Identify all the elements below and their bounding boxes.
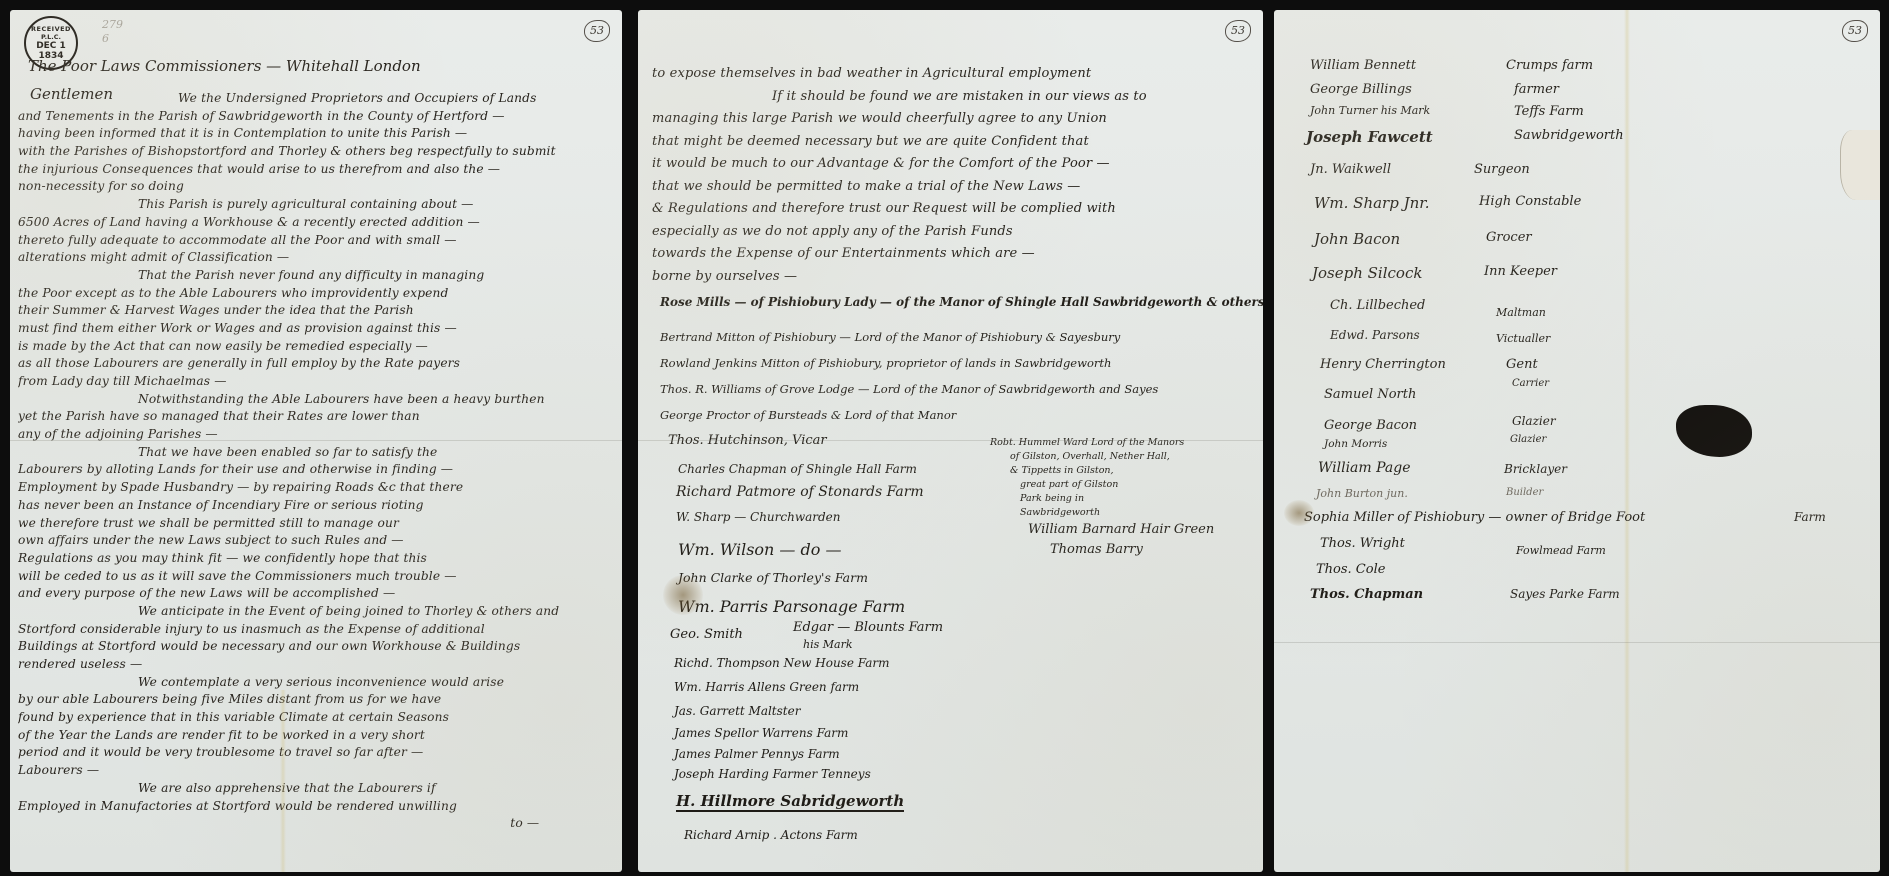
stamp-plc-text: P.L.C. [41,33,61,41]
body-line: any of the adjoining Parishes — [18,426,559,444]
body-line: Regulations as you may think fit — we co… [18,550,559,568]
signatory-occupation: Glazier [1512,414,1556,428]
letter-body-page-2: to expose themselves in bad weather in A… [652,62,1147,287]
body-line: That we have been enabled so far to sati… [18,444,559,462]
signatory-occupation: Bricklayer [1504,462,1567,476]
signatory-occupation: Victualler [1496,332,1550,345]
body-line: yet the Parish have so managed that thei… [18,408,559,426]
letter-page-2: 53 to expose themselves in bad weather i… [638,10,1263,872]
pencil-ref-bottom: 6 [102,32,123,46]
signatory-occupation: Farm [1794,510,1826,524]
body-line: non-necessity for so doing [18,178,559,196]
body-line: has never been an Instance of Incendiary… [18,497,559,515]
body-line: rendered useless — [18,656,559,674]
stamp-received-text: RECEIVED [31,25,71,33]
body-line: thereto fully adequate to accommodate al… [18,232,559,250]
body-line: alterations might admit of Classificatio… [18,249,559,267]
body-line: period and it would be very troublesome … [18,744,559,762]
signatory-name: Wm. Sharp Jnr. [1314,194,1430,212]
signatory-name: Thos. Wright [1320,536,1405,551]
body-line: by our able Labourers being five Miles d… [18,691,559,709]
signatory-name: William Page [1318,460,1411,476]
body-line: with the Parishes of Bishopstortford and… [18,143,559,161]
body-line: and every purpose of the new Laws will b… [18,585,559,603]
body-line: We anticipate in the Event of being join… [18,603,559,621]
signatory-occupation: Maltman [1496,306,1546,319]
signatory-occupation: Fowlmead Farm [1516,544,1606,557]
folio-number-badge: 53 [1842,20,1868,42]
body-line: the injurious Consequences that would ar… [18,161,559,179]
ink-stain [1284,500,1314,526]
body-line: Employment by Spade Husbandry — by repai… [18,479,559,497]
signatory-occupation: farmer [1514,82,1559,97]
body-line: borne by ourselves — [652,265,1147,288]
paper-fold [638,440,1263,441]
signatory-name: Joseph Silcock [1312,264,1422,282]
body-line: Employed in Manufactories at Stortford w… [18,798,559,816]
signatory-occupation: Inn Keeper [1484,264,1557,279]
letter-page-1: RECEIVED P.L.C. DEC 1 1834 279 6 53 The … [10,10,622,872]
body-line: Notwithstanding the Able Labourers have … [18,391,559,409]
paper-fold [280,690,286,872]
signatory-occupation: Glazier [1510,434,1546,445]
body-line: Labourers by alloting Lands for their us… [18,461,559,479]
signatory: Wm. Harris Allens Green farm [674,680,859,694]
signatory: Rowland Jenkins Mitton of Pishiobury, pr… [660,356,1111,370]
ward-note: Robt. Hummel Ward Lord of the Manors of … [990,436,1184,520]
signatory: Wm. Wilson — do — [678,540,841,559]
body-line: We contemplate a very serious inconvenie… [18,674,559,692]
signatory-occupation: Sawbridgeworth [1514,128,1624,143]
note-line: & Tippetts in Gilston, [990,464,1184,478]
body-line: and Tenements in the Parish of Sawbridge… [18,108,559,126]
signatory: James Palmer Pennys Farm [674,747,840,761]
signatory: W. Sharp — Churchwarden [676,510,841,524]
signatory: Richard Arnip . Actons Farm [684,828,858,842]
signatory-name: Thos. Chapman [1310,587,1423,602]
body-line: we therefore trust we shall be permitted… [18,515,559,533]
body-line: to expose themselves in bad weather in A… [652,62,1147,85]
body-line: That the Parish never found any difficul… [18,267,559,285]
body-line: that might be deemed necessary but we ar… [652,130,1147,153]
body-line: as all those Labourers are generally in … [18,355,559,373]
signatory-name: Ch. Lillbeched [1330,298,1425,313]
body-line: found by experience that in this variabl… [18,709,559,727]
signatory: Geo. Smith [670,627,743,642]
body-line: Labourers — [18,762,559,780]
signatory-name: George Billings [1310,82,1412,97]
paper-fold [1274,642,1880,643]
pencil-ref-top: 279 [102,18,123,32]
paper-fold [10,440,622,441]
signatory-name: John Turner his Mark [1310,104,1430,117]
signatory-occupation: Gent [1506,357,1538,372]
letter-body-page-1: We the Undersigned Proprietors and Occup… [18,90,559,833]
signatory-occupation: Builder [1506,487,1543,498]
signatory-occupation: High Constable [1479,194,1581,209]
body-line: of the Year the Lands are render fit to … [18,727,559,745]
note-line: of Gilston, Overhall, Nether Hall, [990,450,1184,464]
body-line: 6500 Acres of Land having a Workhouse & … [18,214,559,232]
note-line: great part of Gilston [990,478,1184,492]
folio-number-badge: 53 [584,20,610,42]
letter-address: The Poor Laws Commissioners — Whitehall … [28,57,421,75]
body-line: This Parish is purely agricultural conta… [18,196,559,214]
signatory: Bertrand Mitton of Pishiobury — Lord of … [660,330,1120,344]
signatory: Joseph Harding Farmer Tenneys [674,767,871,781]
signatory: Wm. Parris Parsonage Farm [678,597,905,616]
signatory: William Barnard Hair Green [1028,522,1214,537]
signatory-name: John Bacon [1314,230,1400,248]
signatory: Rose Mills — of Pishiobury Lady — of the… [660,295,1263,309]
body-line: Stortford considerable injury to us inas… [18,621,559,639]
signatory: H. Hillmore Sabridgeworth [676,792,904,812]
body-line: own affairs under the new Laws subject t… [18,532,559,550]
signatory-occupation: Crumps farm [1506,58,1593,73]
signatory-occupation: Grocer [1486,230,1532,245]
note-line: Sawbridgeworth [990,506,1184,520]
body-line: is made by the Act that can now easily b… [18,338,559,356]
note-line: Robt. Hummel Ward Lord of the Manors [990,436,1184,450]
signatory-name: Samuel North [1324,387,1416,402]
folio-number-badge: 53 [1225,20,1251,42]
body-line: Buildings at Stortford would be necessar… [18,638,559,656]
body-line: If it should be found we are mistaken in… [652,85,1147,108]
signatory-name: Joseph Fawcett [1306,128,1433,146]
signatory-name: George Bacon [1324,418,1417,433]
signatory-name: John Burton jun. [1316,487,1408,500]
paper-fold [1624,10,1630,872]
body-line: it would be much to our Advantage & for … [652,152,1147,175]
signatory-occupation: Teffs Farm [1514,104,1584,119]
signatory-occupation: Sayes Parke Farm [1510,587,1620,601]
pencil-reference-number: 279 6 [102,18,123,46]
signatory: Richd. Thompson New House Farm [674,656,890,670]
stamp-date-text: DEC 1 [36,41,66,51]
body-line: having been informed that it is in Conte… [18,125,559,143]
body-line: managing this large Parish we would chee… [652,107,1147,130]
body-line: the Poor except as to the Able Labourers… [18,285,559,303]
body-line: towards the Expense of our Entertainment… [652,242,1147,265]
signatory-name: Sophia Miller of Pishiobury — owner of B… [1304,510,1645,525]
signatory: George Proctor of Bursteads & Lord of th… [660,408,956,422]
signatory: Jas. Garrett Maltster [674,704,800,718]
signatory: Edgar — Blounts Farm [793,620,943,635]
body-line: will be ceded to us as it will save the … [18,568,559,586]
signatory: James Spellor Warrens Farm [674,726,848,740]
torn-corner [1840,130,1880,200]
body-line: to — [18,815,559,833]
body-line: must find them either Work or Wages and … [18,320,559,338]
body-line: their Summer & Harvest Wages under the i… [18,302,559,320]
ink-blot [1676,405,1752,457]
signatory-name: John Morris [1324,438,1387,450]
body-line: especially as we do not apply any of the… [652,220,1147,243]
signatory-mark: his Mark [803,638,853,651]
note-line: Park being in [990,492,1184,506]
signatory: Richard Patmore of Stonards Farm [676,484,924,500]
signatory-occupation: Carrier [1512,378,1549,389]
signatory-name: William Bennett [1310,58,1416,73]
body-line: We are also apprehensive that the Labour… [18,780,559,798]
signatory-name: Henry Cherrington [1320,357,1446,372]
body-line: We the Undersigned Proprietors and Occup… [18,90,559,108]
signatory: Thomas Barry [1050,542,1143,557]
signatory-occupation: Surgeon [1474,162,1530,177]
signatory-name: Edwd. Parsons [1330,328,1420,342]
body-line: that we should be permitted to make a tr… [652,175,1147,198]
signatory: Thos. R. Williams of Grove Lodge — Lord … [660,382,1158,396]
signatory-name: Thos. Cole [1316,562,1385,577]
body-line: & Regulations and therefore trust our Re… [652,197,1147,220]
signatory: John Clarke of Thorley's Farm [678,570,868,585]
body-line: from Lady day till Michaelmas — [18,373,559,391]
signatory-name: Jn. Waikwell [1310,162,1391,177]
ink-stain [663,575,703,615]
letter-page-3: 53 William Bennett Crumps farm George Bi… [1274,10,1880,872]
signatory: Charles Chapman of Shingle Hall Farm [678,462,917,476]
